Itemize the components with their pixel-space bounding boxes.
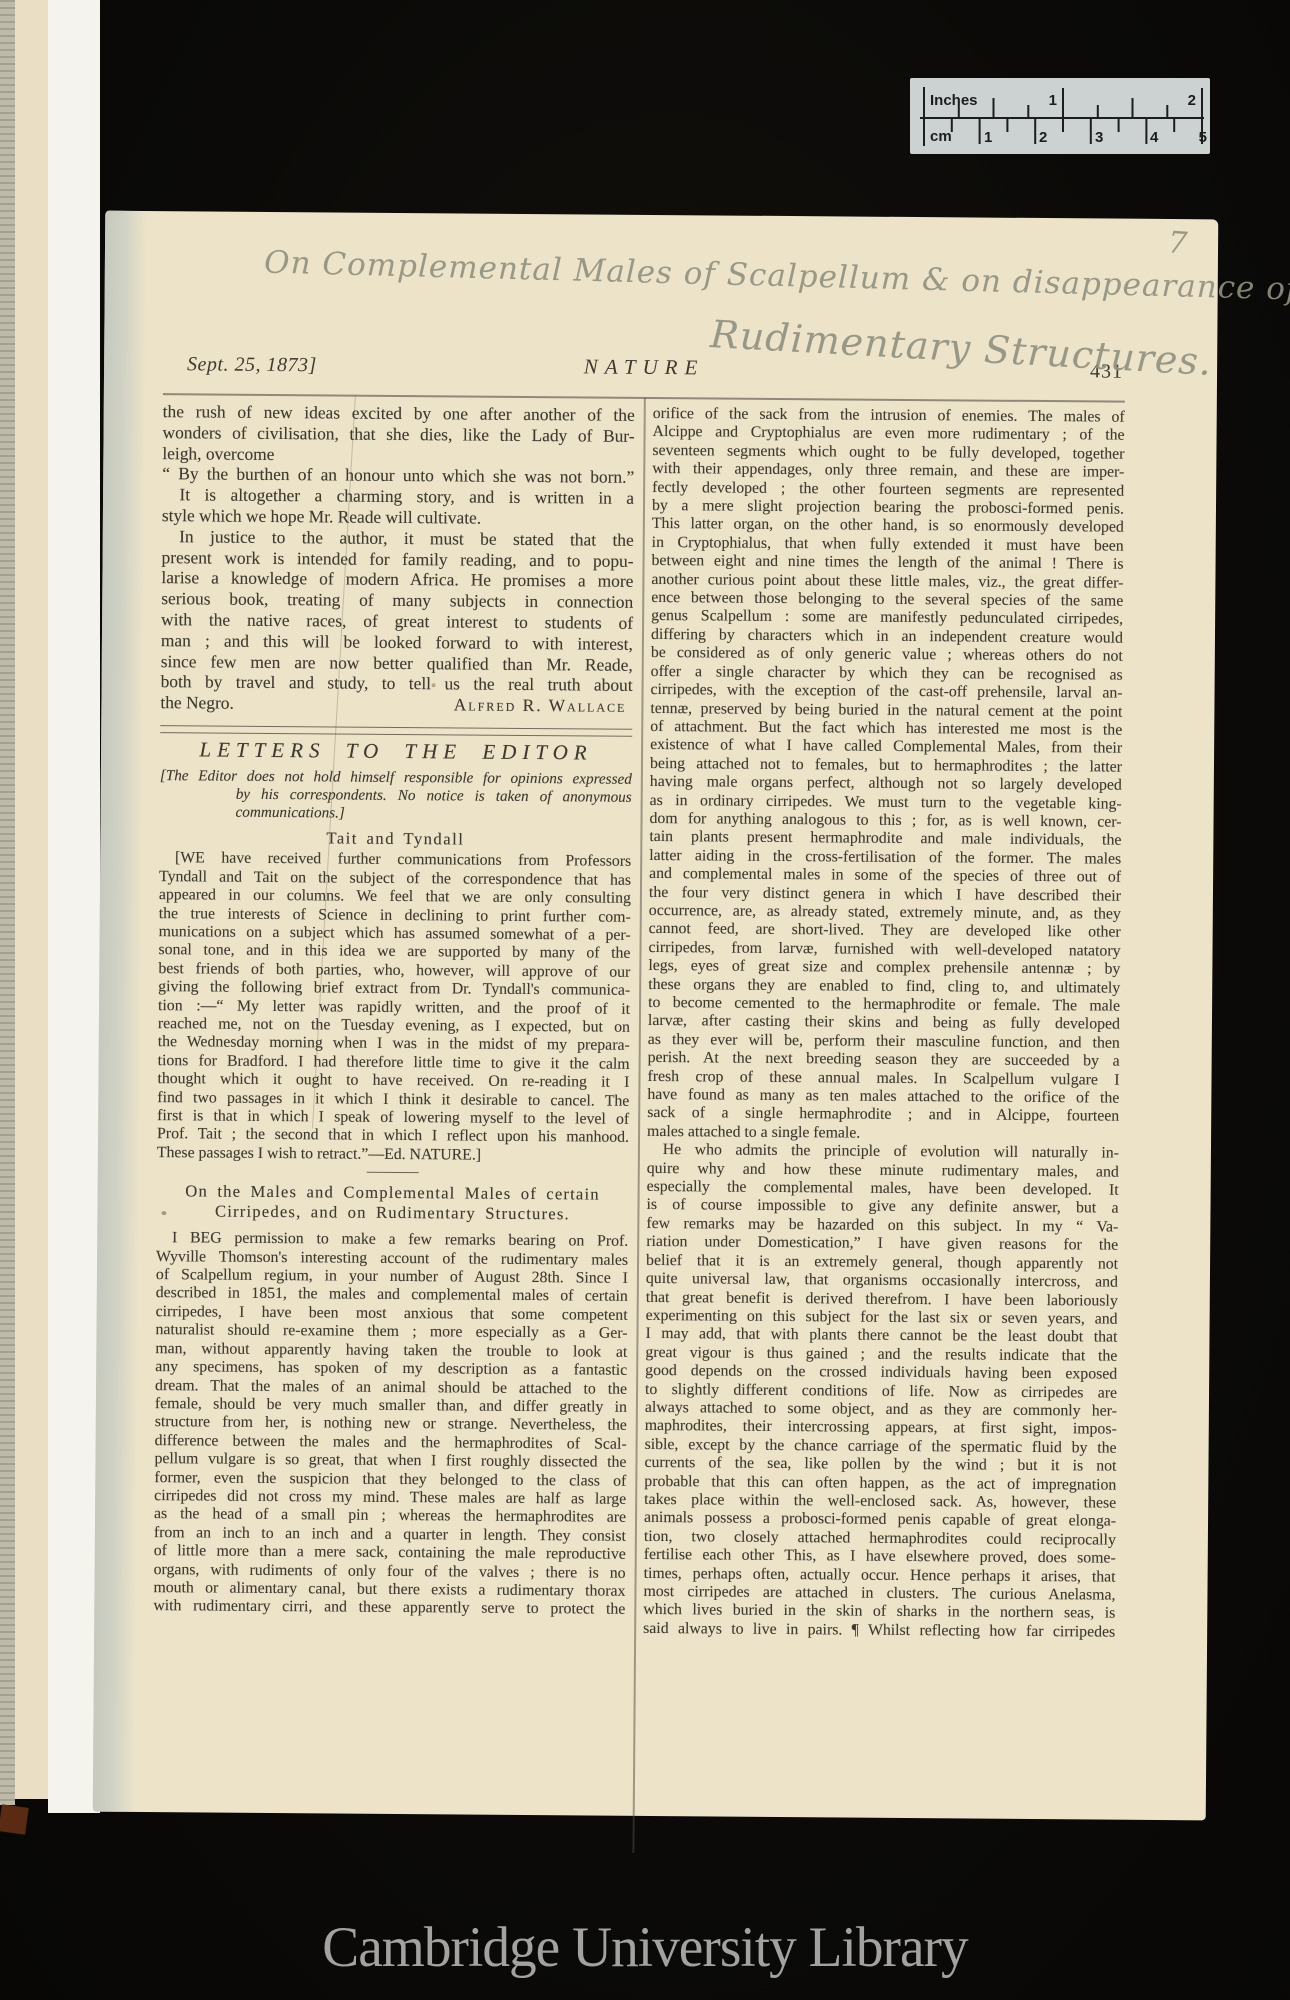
section-double-rule bbox=[160, 725, 632, 737]
flyleaf-strip bbox=[48, 0, 100, 1813]
reviewer-signature: Alfred R. Wallace bbox=[454, 695, 633, 717]
text-line: These passages I wish to retract.”—Ed. N… bbox=[157, 1144, 629, 1166]
issue-date: Sept. 25, 1873] bbox=[187, 353, 317, 377]
darwin-letter-text-left: I BEG permission to make a few remarks b… bbox=[153, 1229, 628, 1619]
measurement-ruler: Inches 1 2 cm 1 2 3 4 5 bbox=[910, 78, 1210, 154]
handwritten-folio-number: 7 bbox=[1167, 225, 1188, 261]
darwin-letter-title-line2: Cirripedes, and on Rudimentary Structure… bbox=[156, 1201, 628, 1224]
tait-tyndall-text: [WE have received further communications… bbox=[157, 849, 631, 1166]
deckle-edge bbox=[93, 211, 148, 1812]
library-watermark: Cambridge University Library bbox=[19, 1915, 1270, 1980]
ruler-inch-2: 2 bbox=[1188, 92, 1196, 109]
binding-detail bbox=[0, 1804, 29, 1834]
editor-disclaimer: [The Editor does not hold himself respon… bbox=[160, 767, 632, 824]
ruler-cm-5: 5 bbox=[1199, 129, 1207, 146]
darwin-letter-title: On the Males and Complemental Males of c… bbox=[156, 1181, 628, 1224]
tait-tyndall-heading: Tait and Tyndall bbox=[159, 827, 631, 851]
ruler-body bbox=[910, 78, 1210, 154]
short-divider-rule bbox=[367, 1172, 419, 1173]
right-column: orifice of the sack from the intrusion o… bbox=[643, 405, 1125, 1642]
journal-title: NATURE bbox=[584, 354, 705, 380]
text-line: said always to live in pairs. ¶ Whilst r… bbox=[643, 1620, 1115, 1642]
ruler-cm-3: 3 bbox=[1095, 129, 1103, 146]
adjacent-page-edge bbox=[0, 0, 15, 1805]
text-line: communications.] bbox=[236, 803, 632, 824]
review-conclusion-text: the rush of new ideas excited by one aft… bbox=[161, 401, 635, 696]
ruler-inch-1: 1 bbox=[1049, 92, 1057, 109]
signature-lead: the Negro. bbox=[160, 692, 234, 713]
book-page-edge-strip bbox=[15, 0, 48, 1799]
text-line: [The Editor does not hold himself respon… bbox=[160, 767, 632, 789]
ruler-cm-2: 2 bbox=[1039, 129, 1047, 146]
scanned-page: Sept. 25, 1873] NATURE 431 the rush of n… bbox=[93, 211, 1219, 1821]
ruler-inches-label: Inches bbox=[930, 92, 978, 109]
letters-to-editor-heading: LETTERS TO THE EDITOR bbox=[160, 737, 632, 765]
left-column: the rush of new ideas excited by one aft… bbox=[153, 401, 635, 1619]
signature-row: the Negro. Alfred R. Wallace bbox=[160, 692, 632, 717]
ruler-cm-1: 1 bbox=[984, 129, 992, 146]
ruler-cm-label: cm bbox=[930, 128, 952, 145]
ruler-cm-4: 4 bbox=[1150, 129, 1159, 146]
scan-background: Inches 1 2 cm 1 2 3 4 5 Sept. 25, 1873] … bbox=[0, 0, 1290, 2000]
text-line: with rudimentary cirri, and these appare… bbox=[153, 1597, 625, 1619]
